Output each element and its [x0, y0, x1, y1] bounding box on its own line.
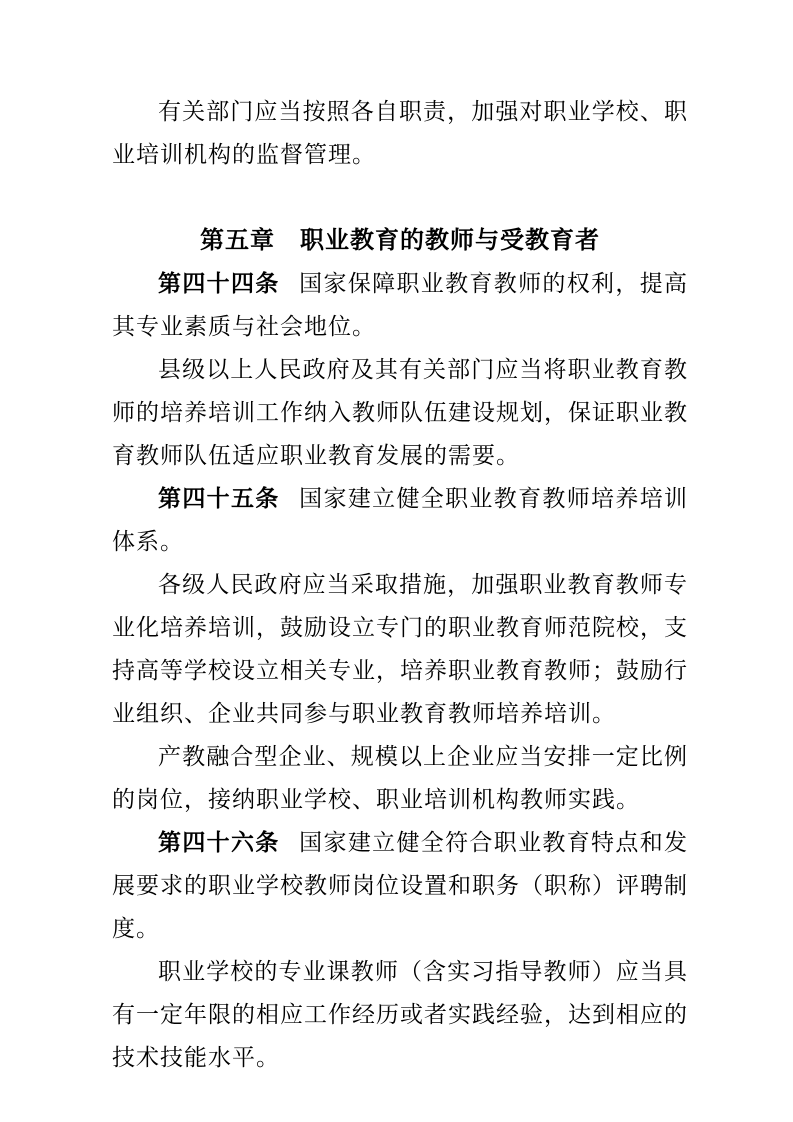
document-body: 有关部门应当按照各自职责，加强对职业学校、职业培训机构的监督管理。 第五章 职业… — [112, 90, 688, 1079]
paragraph: 县级以上人民政府及其有关部门应当将职业教育教师的培养培训工作纳入教师队伍建设规划… — [112, 348, 688, 477]
article-number: 第四十五条 — [158, 485, 280, 511]
article-paragraph: 第四十四条国家保障职业教育教师的权利，提高其专业素质与社会地位。 — [112, 262, 688, 348]
paragraph: 职业学校的专业课教师（含实习指导教师）应当具有一定年限的相应工作经历或者实践经验… — [112, 950, 688, 1079]
paragraph: 各级人民政府应当采取措施，加强职业教育教师专业化培养培训，鼓励设立专门的职业教育… — [112, 563, 688, 735]
article-number: 第四十四条 — [158, 270, 280, 296]
document-page: 有关部门应当按照各自职责，加强对职业学校、职业培训机构的监督管理。 第五章 职业… — [0, 0, 793, 1122]
paragraph: 有关部门应当按照各自职责，加强对职业学校、职业培训机构的监督管理。 — [112, 90, 688, 176]
article-paragraph: 第四十六条国家建立健全符合职业教育特点和发展要求的职业学校教师岗位设置和职务（职… — [112, 821, 688, 950]
paragraph: 产教融合型企业、规模以上企业应当安排一定比例的岗位，接纳职业学校、职业培训机构教… — [112, 735, 688, 821]
chapter-heading: 第五章 职业教育的教师与受教育者 — [112, 219, 688, 262]
article-paragraph: 第四十五条国家建立健全职业教育教师培养培训体系。 — [112, 477, 688, 563]
article-number: 第四十六条 — [158, 829, 280, 855]
